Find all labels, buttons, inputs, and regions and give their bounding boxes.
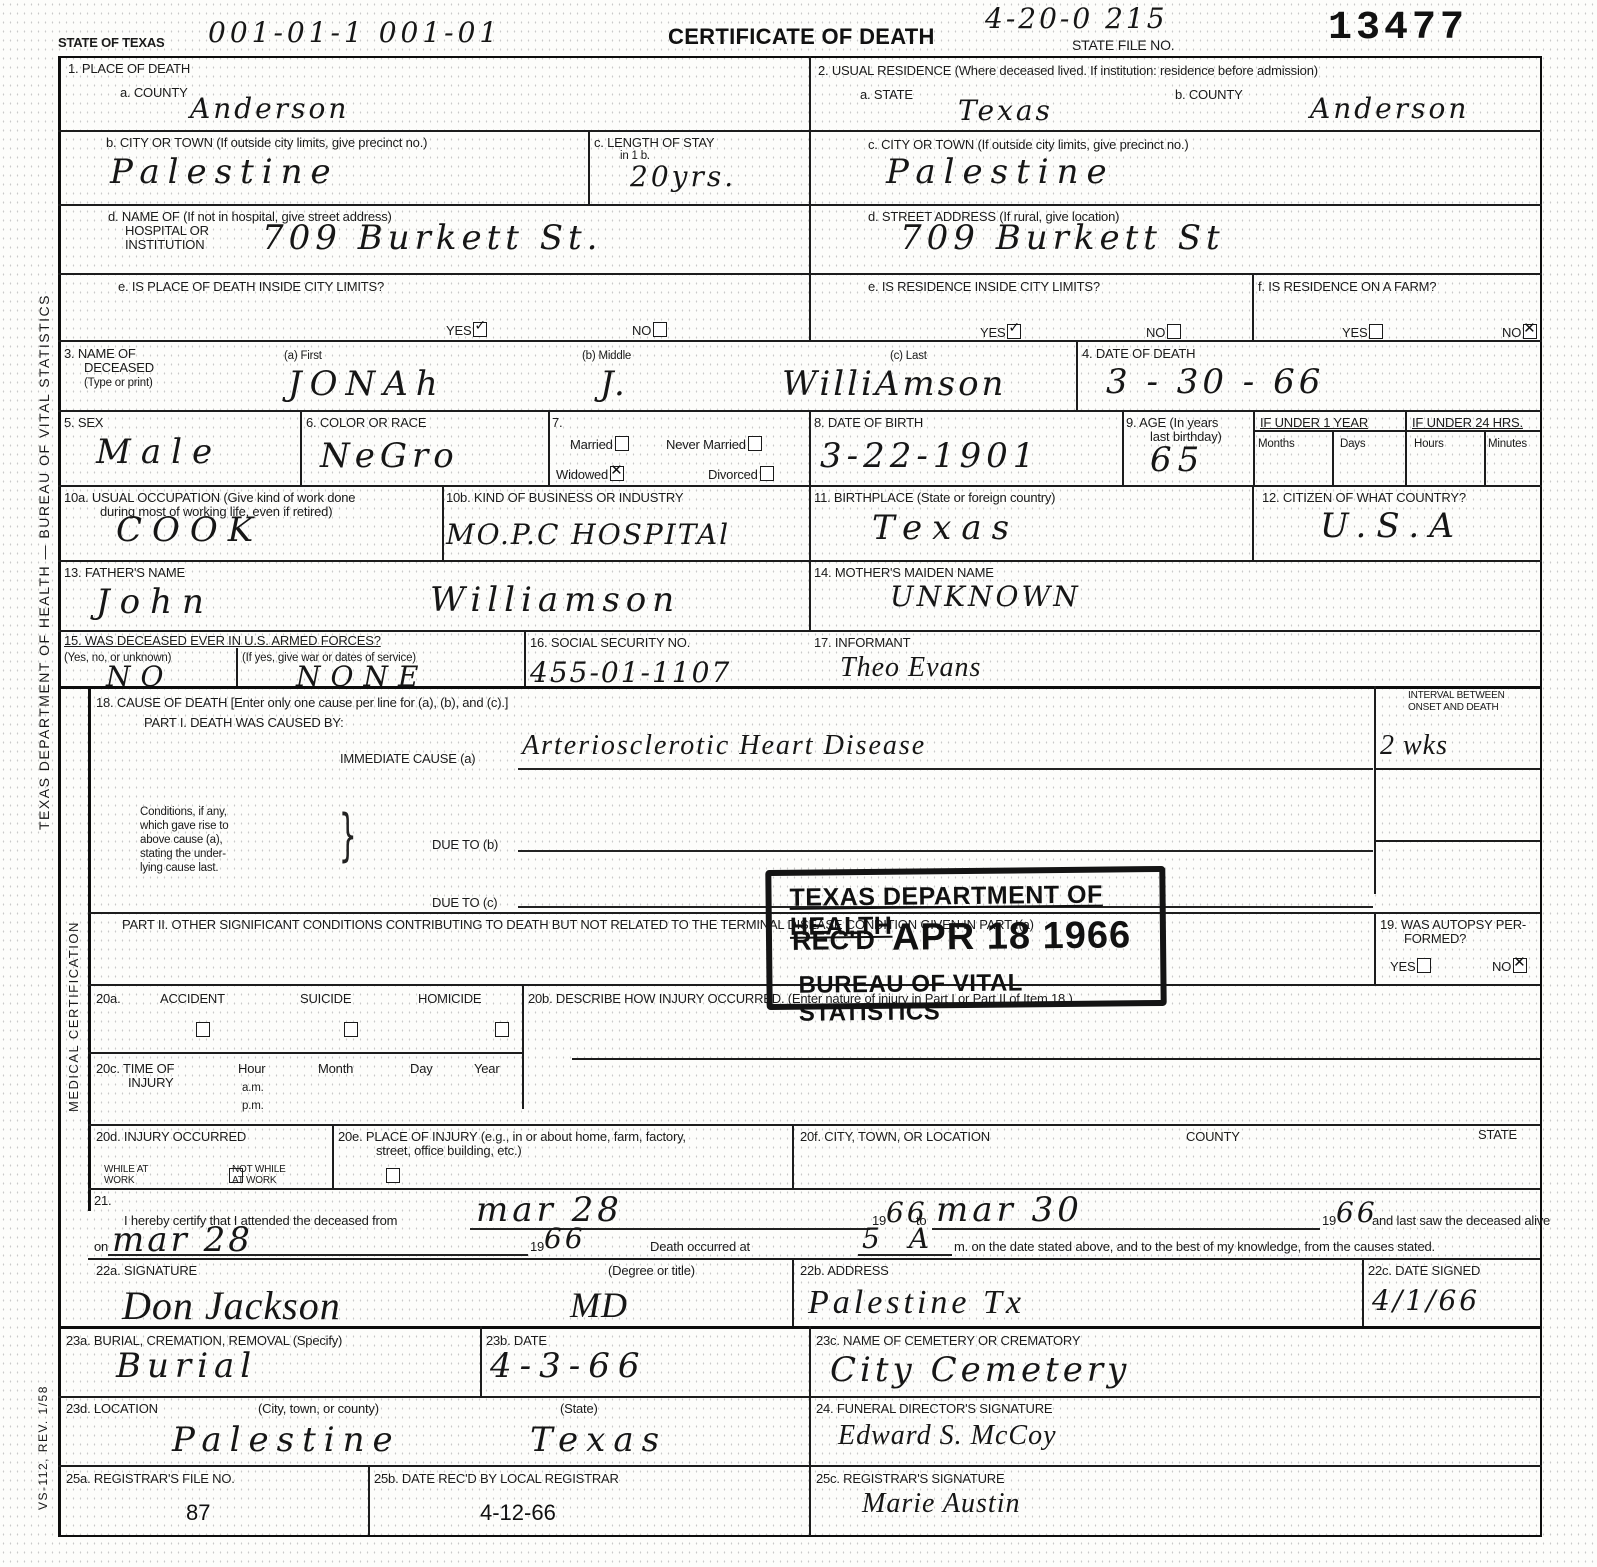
not-while-at-work-checkbox[interactable] bbox=[386, 1168, 400, 1183]
hours-label: Hours bbox=[1414, 438, 1444, 451]
death-time-value: 5 A bbox=[862, 1222, 939, 1255]
not-while-at-work-label-2: AT WORK bbox=[232, 1175, 276, 1186]
sex-value: Male bbox=[96, 432, 222, 472]
race-value: NeGro bbox=[320, 436, 459, 476]
interval-value: 2 wks bbox=[1380, 730, 1448, 762]
first-name-label: (a) First bbox=[284, 350, 322, 363]
res-inside-city-label: e. IS RESIDENCE INSIDE CITY LIMITS? bbox=[868, 280, 1100, 294]
signature-label: 22a. SIGNATURE bbox=[96, 1264, 197, 1278]
father-first-value: John bbox=[96, 582, 214, 622]
accident-checkbox[interactable] bbox=[196, 1022, 210, 1037]
occupation-value: COOK bbox=[116, 510, 263, 550]
pod-city-label: b. CITY OR TOWN (If outside city limits,… bbox=[106, 136, 427, 150]
conditions-text-2: which gave rise to bbox=[140, 820, 228, 833]
father-label: 13. FATHER'S NAME bbox=[64, 566, 185, 580]
date-of-death-label: 4. DATE OF DEATH bbox=[1082, 347, 1195, 361]
name-label-2: DECEASED bbox=[84, 361, 154, 375]
physician-address: Palestine Tx bbox=[808, 1284, 1025, 1322]
attended-to-value: mar 30 bbox=[936, 1190, 1083, 1230]
conditions-text-4: stating the under- bbox=[140, 848, 226, 861]
pod-city-value: Palestine bbox=[110, 152, 339, 192]
res-street-value: 709 Burkett St bbox=[900, 218, 1225, 258]
degree-label: (Degree or title) bbox=[608, 1264, 695, 1278]
informant-label: 17. INFORMANT bbox=[814, 636, 910, 650]
homicide-label: HOMICIDE bbox=[418, 992, 481, 1006]
not-while-at-work-label: NOT WHILE bbox=[232, 1164, 286, 1175]
injury-state-label: STATE bbox=[1478, 1128, 1517, 1142]
months-label: Months bbox=[1258, 438, 1295, 451]
dob-value: 3-22-1901 bbox=[820, 436, 1039, 476]
location-city-label: (City, town, or county) bbox=[258, 1402, 379, 1416]
res-farm-no[interactable]: NO bbox=[1502, 324, 1537, 340]
suicide-label: SUICIDE bbox=[300, 992, 351, 1006]
pod-inside-city-no[interactable]: NO bbox=[632, 322, 667, 338]
while-at-work-label-2: WORK bbox=[104, 1175, 134, 1186]
state-file-label: STATE FILE NO. bbox=[1072, 38, 1174, 52]
length-of-stay-value: 20yrs. bbox=[630, 160, 736, 193]
middle-name-value: J. bbox=[600, 364, 628, 404]
side-label-medical-certification: MEDICAL CERTIFICATION bbox=[66, 921, 81, 1112]
registrar-file-label: 25a. REGISTRAR'S FILE NO. bbox=[66, 1472, 235, 1486]
document-title: CERTIFICATE OF DEATH bbox=[668, 24, 935, 50]
time-of-injury-label: 20c. TIME OF bbox=[96, 1062, 174, 1076]
autopsy-no-checkbox[interactable] bbox=[1513, 958, 1527, 973]
part1-label: PART I. DEATH WAS CAUSED BY: bbox=[144, 716, 344, 730]
certify-text-3: m. on the date stated above, and to the … bbox=[954, 1240, 1435, 1254]
mother-label: 14. MOTHER'S MAIDEN NAME bbox=[814, 566, 994, 580]
certify-number-label: 21. bbox=[94, 1194, 111, 1208]
month-label: Month bbox=[318, 1062, 353, 1076]
res-farm-no-checkbox[interactable] bbox=[1523, 324, 1537, 339]
injury-city-label: 20f. CITY, TOWN, OR LOCATION bbox=[800, 1130, 990, 1144]
on-label: on bbox=[94, 1240, 108, 1254]
res-inside-city-no[interactable]: NO bbox=[1146, 324, 1181, 340]
hospital-label-2: HOSPITAL OR bbox=[125, 224, 209, 238]
autopsy-label: 19. WAS AUTOPSY PER- bbox=[1380, 918, 1526, 932]
marital-married[interactable]: Married bbox=[570, 436, 629, 452]
registrar-file-value: 87 bbox=[186, 1500, 210, 1526]
interval-label: INTERVAL BETWEEN bbox=[1408, 690, 1505, 701]
state-file-number: 13477 bbox=[1328, 6, 1468, 51]
registrar-signature-label: 25c. REGISTRAR'S SIGNATURE bbox=[816, 1472, 1004, 1486]
accident-label: ACCIDENT bbox=[160, 992, 225, 1006]
last-seen-year-prefix: 19 bbox=[530, 1240, 544, 1254]
name-label: 3. NAME OF bbox=[64, 347, 136, 361]
physician-degree: MD bbox=[570, 1284, 628, 1326]
due-to-c-label: DUE TO (c) bbox=[432, 896, 497, 910]
form-id-label: VS-112, REV. 1/58 bbox=[36, 1385, 50, 1510]
stamp-date: APR 18 1966 bbox=[892, 914, 1132, 960]
time-of-injury-label-2: INJURY bbox=[128, 1076, 174, 1090]
married-checkbox[interactable] bbox=[615, 436, 629, 451]
ssn-value: 455-01-1107 bbox=[530, 656, 731, 689]
pod-inside-city-no-checkbox[interactable] bbox=[653, 322, 667, 337]
res-farm-yes-checkbox[interactable] bbox=[1369, 324, 1383, 339]
immediate-cause-value: Arteriosclerotic Heart Disease bbox=[522, 730, 926, 762]
res-farm-yes[interactable]: YES bbox=[1342, 324, 1383, 340]
res-inside-city-yes[interactable]: YES bbox=[980, 324, 1021, 340]
date-signed-label: 22c. DATE SIGNED bbox=[1368, 1264, 1480, 1278]
pod-county-label: a. COUNTY bbox=[120, 86, 188, 100]
homicide-checkbox[interactable] bbox=[495, 1022, 509, 1037]
marital-label: 7. bbox=[552, 416, 562, 430]
ssn-label: 16. SOCIAL SECURITY NO. bbox=[530, 636, 690, 650]
pod-inside-city-yes-checkbox[interactable] bbox=[473, 322, 487, 337]
state-file-code-handwritten: 4-20-0 215 bbox=[985, 2, 1168, 35]
disposition-value: Burial bbox=[116, 1346, 257, 1386]
cemetery-label: 23c. NAME OF CEMETERY OR CREMATORY bbox=[816, 1334, 1080, 1348]
res-city-value: Palestine bbox=[886, 152, 1115, 192]
name-label-3: (Type or print) bbox=[84, 377, 153, 390]
divorced-checkbox[interactable] bbox=[760, 466, 774, 481]
minutes-label: Minutes bbox=[1488, 438, 1527, 451]
res-county-label: b. COUNTY bbox=[1175, 88, 1243, 102]
mother-value: UNKNOWN bbox=[890, 580, 1081, 613]
sex-label: 5. SEX bbox=[64, 416, 103, 430]
occupation-label: 10a. USUAL OCCUPATION (Give kind of work… bbox=[64, 491, 355, 505]
funeral-director-signature: Edward S. McCoy bbox=[838, 1420, 1057, 1452]
interval-label-2: ONSET AND DEATH bbox=[1408, 702, 1499, 713]
last-name-label: (c) Last bbox=[890, 350, 927, 363]
age-label: 9. AGE (In years bbox=[1126, 416, 1218, 430]
received-stamp: TEXAS DEPARTMENT OF HEALTH REC'D APR 18 … bbox=[765, 866, 1166, 1010]
pod-inside-city-yes[interactable]: YES bbox=[446, 322, 487, 338]
injury-county-label: COUNTY bbox=[1186, 1130, 1240, 1144]
father-last-value: Williamson bbox=[430, 580, 680, 620]
pod-county-value: Anderson bbox=[190, 92, 349, 125]
marital-widowed[interactable]: Widowed bbox=[556, 466, 624, 482]
autopsy-yes[interactable]: YES bbox=[1390, 958, 1431, 974]
hour-label: Hour bbox=[238, 1062, 265, 1076]
first-name-value: JONAh bbox=[288, 364, 446, 404]
burial-date-value: 4-3-66 bbox=[490, 1346, 648, 1386]
conditions-text-5: lying cause last. bbox=[140, 862, 218, 875]
birthplace-label: 11. BIRTHPLACE (State or foreign country… bbox=[814, 491, 1055, 505]
cause-label: 18. CAUSE OF DEATH [Enter only one cause… bbox=[96, 696, 508, 710]
res-county-value: Anderson bbox=[1310, 92, 1469, 125]
address-label: 22b. ADDRESS bbox=[800, 1264, 889, 1278]
due-to-b-label: DUE TO (b) bbox=[432, 838, 498, 852]
injury-a-label: 20a. bbox=[96, 992, 121, 1006]
dob-label: 8. DATE OF BIRTH bbox=[814, 416, 923, 430]
place-of-injury-label: 20e. PLACE OF INJURY (e.g., in or about … bbox=[338, 1130, 686, 1144]
race-label: 6. COLOR OR RACE bbox=[306, 416, 426, 430]
conditions-brace-icon: } bbox=[339, 808, 357, 864]
days-label: Days bbox=[1340, 438, 1365, 451]
business-value: MO.P.C HOSPITAl bbox=[446, 518, 730, 551]
to-year-prefix: 19 bbox=[1322, 1214, 1336, 1228]
location-label: 23d. LOCATION bbox=[66, 1402, 158, 1416]
autopsy-no[interactable]: NO bbox=[1492, 958, 1527, 974]
citizen-value: U.S.A bbox=[1320, 506, 1464, 546]
suicide-checkbox[interactable] bbox=[344, 1022, 358, 1037]
location-state-value: Texas bbox=[530, 1420, 667, 1460]
never-married-checkbox[interactable] bbox=[748, 436, 762, 451]
registrar-signature: Marie Austin bbox=[862, 1488, 1020, 1520]
am-label: a.m. bbox=[242, 1082, 264, 1095]
day-label: Day bbox=[410, 1062, 433, 1076]
armed-forces-label: 15. WAS DECEASED EVER IN U.S. ARMED FORC… bbox=[64, 634, 381, 648]
state-of-texas-label: STATE OF TEXAS bbox=[58, 36, 165, 50]
death-certificate-page: STATE OF TEXAS 001-01-1 001-01 CERTIFICA… bbox=[0, 0, 1597, 1567]
immediate-cause-label: IMMEDIATE CAUSE (a) bbox=[340, 752, 475, 766]
certify-text-2: and last saw the deceased alive bbox=[1372, 1214, 1550, 1228]
last-seen-year-value: 66 bbox=[544, 1222, 586, 1255]
informant-value: Theo Evans bbox=[840, 652, 981, 684]
date-of-death-value: 3 - 30 - 66 bbox=[1106, 362, 1324, 402]
last-name-value: WilliAmson bbox=[782, 364, 1006, 404]
widowed-checkbox[interactable] bbox=[610, 466, 624, 481]
res-state-value: Texas bbox=[958, 94, 1053, 127]
side-label-department: TEXAS DEPARTMENT OF HEALTH — BUREAU OF V… bbox=[36, 294, 52, 830]
citizen-label: 12. CITIZEN OF WHAT COUNTRY? bbox=[1262, 491, 1466, 505]
death-occurred-label: Death occurred at bbox=[650, 1240, 750, 1254]
usual-residence-label: 2. USUAL RESIDENCE (Where deceased lived… bbox=[818, 64, 1318, 78]
pod-inside-city-label: e. IS PLACE OF DEATH INSIDE CITY LIMITS? bbox=[118, 280, 384, 294]
state-code-handwritten: 001-01-1 001-01 bbox=[208, 16, 501, 49]
location-city-value: Palestine bbox=[172, 1420, 401, 1460]
place-of-death-label: 1. PLACE OF DEATH bbox=[68, 62, 190, 76]
physician-signature: Don Jackson bbox=[122, 1282, 341, 1329]
under-1yr-label: IF UNDER 1 YEAR bbox=[1260, 416, 1368, 430]
business-label: 10b. KIND OF BUSINESS OR INDUSTRY bbox=[446, 491, 683, 505]
res-inside-city-no-checkbox[interactable] bbox=[1167, 324, 1181, 339]
middle-name-label: (b) Middle bbox=[582, 350, 631, 363]
date-signed-value: 4/1/66 bbox=[1372, 1284, 1480, 1317]
birthplace-value: Texas bbox=[872, 508, 1019, 548]
marital-never-married[interactable]: Never Married bbox=[666, 436, 762, 452]
hospital-value: 709 Burkett St. bbox=[262, 218, 602, 258]
conditions-text-3: above cause (a), bbox=[140, 834, 222, 847]
stamp-recd: REC'D bbox=[792, 925, 875, 957]
location-state-label: (State) bbox=[560, 1402, 598, 1416]
injury-occurred-label: 20d. INJURY OCCURRED bbox=[96, 1130, 246, 1144]
age-value: 65 bbox=[1150, 440, 1205, 480]
hospital-label-3: INSTITUTION bbox=[125, 238, 204, 252]
while-at-work-label: WHILE AT bbox=[104, 1164, 148, 1175]
year-label: Year bbox=[474, 1062, 499, 1076]
autopsy-yes-checkbox[interactable] bbox=[1417, 958, 1431, 973]
autopsy-label-2: FORMED? bbox=[1404, 932, 1466, 946]
conditions-text-1: Conditions, if any, bbox=[140, 806, 227, 819]
cemetery-value: City Cemetery bbox=[830, 1350, 1130, 1390]
res-farm-label: f. IS RESIDENCE ON A FARM? bbox=[1258, 280, 1436, 294]
marital-divorced[interactable]: Divorced bbox=[708, 466, 774, 482]
registrar-date-value: 4-12-66 bbox=[480, 1500, 556, 1526]
funeral-director-label: 24. FUNERAL DIRECTOR'S SIGNATURE bbox=[816, 1402, 1052, 1416]
res-inside-city-yes-checkbox[interactable] bbox=[1007, 324, 1021, 339]
res-city-label: c. CITY OR TOWN (If outside city limits,… bbox=[868, 138, 1189, 152]
stamp-line-3: BUREAU OF VITAL STATISTICS bbox=[798, 968, 1161, 1028]
pm-label: p.m. bbox=[242, 1100, 264, 1113]
place-of-injury-label-2: street, office building, etc.) bbox=[376, 1144, 522, 1158]
under-24h-label: IF UNDER 24 HRS. bbox=[1412, 416, 1523, 430]
registrar-date-label: 25b. DATE REC'D BY LOCAL REGISTRAR bbox=[374, 1472, 619, 1486]
res-state-label: a. STATE bbox=[860, 88, 913, 102]
length-of-stay-label: c. LENGTH OF STAY bbox=[594, 136, 714, 150]
